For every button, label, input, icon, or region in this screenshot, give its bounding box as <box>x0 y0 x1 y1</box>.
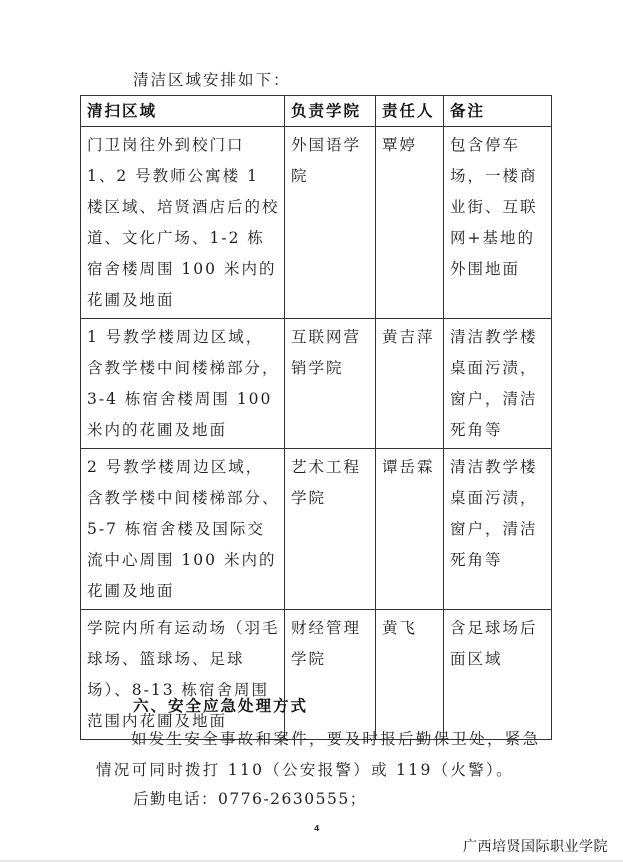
cell-person: 黄飞 <box>376 610 444 740</box>
cell-college: 外国语学院 <box>285 127 376 319</box>
cell-note: 包含停车场，一楼商业街、互联网+基地的外围地面 <box>444 127 552 319</box>
cell-area: 门卫岗往外到校门口 1、2 号教师公寓楼 1 楼区域、培贤酒店后的校道、文化广场… <box>81 127 285 319</box>
cell-college: 互联网营销学院 <box>285 319 376 449</box>
table-row: 学院内所有运动场（羽毛球场、篮球场、足球场）、8-13 栋宿舍周围范围内花圃及地… <box>81 610 552 740</box>
logistics-phone: 后勤电话：0776-2630555； <box>133 787 367 809</box>
cell-person: 谭岳霖 <box>376 449 444 610</box>
cell-note: 清洁教学楼桌面污渍，窗户，清洁死角等 <box>444 319 552 449</box>
intro-text: 清洁区域安排如下： <box>133 68 291 90</box>
cell-area: 学院内所有运动场（羽毛球场、篮球场、足球场）、8-13 栋宿舍周围范围内花圃及地… <box>81 610 285 740</box>
cell-note: 清洁教学楼桌面污渍，窗户，清洁死角等 <box>444 449 552 610</box>
footer-organization: 广西培贤国际职业学院 <box>463 836 608 856</box>
table-row: 1 号教学楼周边区域，含教学楼中间楼梯部分，3-4 栋宿舍楼周围 100 米内的… <box>81 319 552 449</box>
header-note: 备注 <box>444 96 552 127</box>
document-page: 清洁区域安排如下： 清扫区域 负责学院 责任人 备注 门卫岗往外到校门口 1、2… <box>0 0 623 862</box>
header-college: 负责学院 <box>285 96 376 127</box>
cell-note: 含足球场后面区域 <box>444 610 552 740</box>
table-row: 2 号教学楼周边区域，含教学楼中间楼梯部分、5-7 栋宿舍楼及国际交流中心周围 … <box>81 449 552 610</box>
table-row: 门卫岗往外到校门口 1、2 号教师公寓楼 1 楼区域、培贤酒店后的校道、文化广场… <box>81 127 552 319</box>
table-header-row: 清扫区域 负责学院 责任人 备注 <box>81 96 552 127</box>
cell-college: 财经管理学院 <box>285 610 376 740</box>
cell-college: 艺术工程学院 <box>285 449 376 610</box>
cell-area: 1 号教学楼周边区域，含教学楼中间楼梯部分，3-4 栋宿舍楼周围 100 米内的… <box>81 319 285 449</box>
cell-person: 黄吉萍 <box>376 319 444 449</box>
emergency-paragraph: 如发生安全事故和案件，要及时报后勤保卫处，紧急情况可同时拨打 110（公安报警）… <box>96 724 552 786</box>
cleaning-area-table: 清扫区域 负责学院 责任人 备注 门卫岗往外到校门口 1、2 号教师公寓楼 1 … <box>80 95 552 740</box>
header-area: 清扫区域 <box>81 96 285 127</box>
header-person: 责任人 <box>376 96 444 127</box>
section-heading: 六、安全应急处理方式 <box>133 694 308 716</box>
cell-person: 覃婷 <box>376 127 444 319</box>
page-number: 4 <box>314 824 320 833</box>
cell-area: 2 号教学楼周边区域，含教学楼中间楼梯部分、5-7 栋宿舍楼及国际交流中心周围 … <box>81 449 285 610</box>
